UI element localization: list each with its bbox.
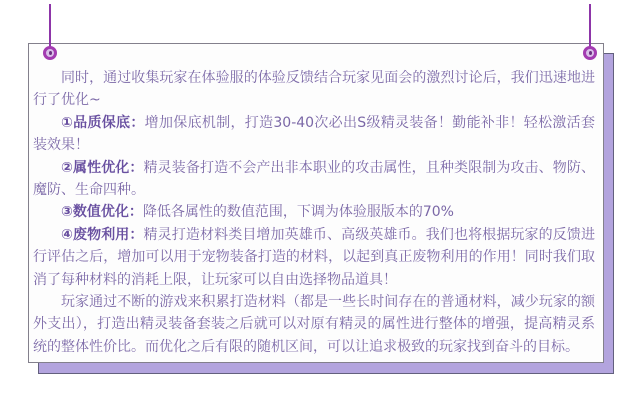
pin-needle-icon: [589, 4, 591, 50]
pin-dot-icon: [49, 51, 52, 55]
paragraph-lead: ④废物利用：: [61, 227, 144, 243]
paragraph-text: 玩家通过不断的游戏来积累打造材料（都是一些长时间存在的普通材料，减少玩家的额外支…: [33, 294, 595, 355]
paragraph-summary: 玩家通过不断的游戏来积累打造材料（都是一些长时间存在的普通材料，减少玩家的额外支…: [33, 291, 595, 358]
pin-head-icon: [583, 46, 597, 60]
paragraph-recycle: ④废物利用：精灵打造材料类目增加英雄币、高级英雄币。我们也将根据玩家的反馈进行评…: [33, 224, 595, 291]
paragraph-intro: 同时，通过收集玩家在体验服的体验反馈结合玩家见面会的激烈讨论后，我们迅速地进行了…: [33, 67, 595, 112]
paragraph-quality: ①品质保底：增加保底机制，打造30-40次必出S级精灵装备！勤能补非！轻松激活套…: [33, 112, 595, 157]
paragraph-numeric: ③数值优化：降低各属性的数值范围，下调为体验服版本的70%: [33, 201, 595, 223]
paragraph-text: 降低各属性的数值范围，下调为体验服版本的70%: [143, 204, 454, 220]
paragraph-text: 同时，通过收集玩家在体验服的体验反馈结合玩家见面会的激烈讨论后，我们迅速地进行了…: [33, 70, 595, 108]
pin-dot-icon: [589, 51, 592, 55]
paragraph-lead: ②属性优化：: [61, 160, 144, 176]
paragraph-attribute: ②属性优化：精灵装备打造不会产出非本职业的攻击属性，且种类限制为攻击、物防、魔防…: [33, 157, 595, 202]
paragraph-lead: ①品质保底：: [61, 115, 145, 131]
pin-needle-icon: [49, 4, 51, 50]
pin-head-icon: [43, 46, 57, 60]
note-card: 同时，通过收集玩家在体验服的体验反馈结合玩家见面会的激烈讨论后，我们迅速地进行了…: [28, 43, 604, 363]
paragraph-lead: ③数值优化：: [61, 204, 143, 220]
note-content: 同时，通过收集玩家在体验服的体验反馈结合玩家见面会的激烈讨论后，我们迅速地进行了…: [33, 67, 595, 358]
notice-board: 同时，通过收集玩家在体验服的体验反馈结合玩家见面会的激烈讨论后，我们迅速地进行了…: [0, 0, 640, 401]
